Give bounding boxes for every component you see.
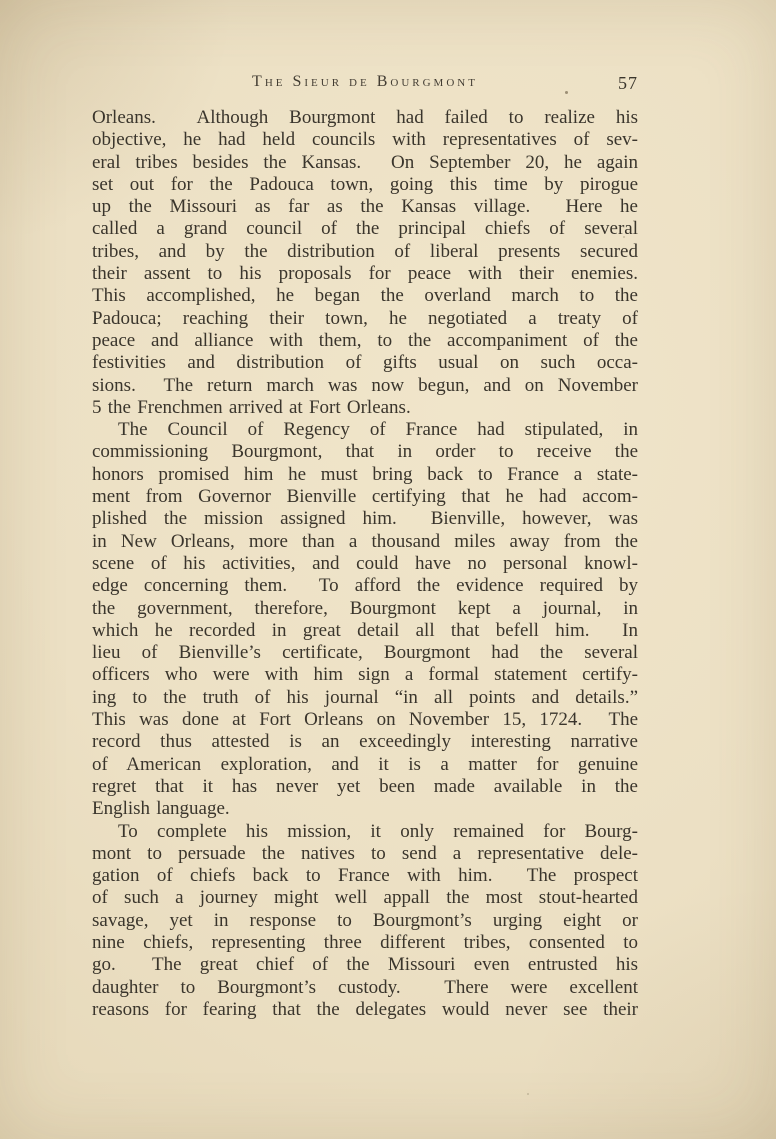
text-line: reasons for fearing that the delegates w… [92, 999, 638, 1021]
text-line: of American exploration, and it is a mat… [92, 754, 638, 776]
text-line: To complete his mission, it only remaine… [92, 821, 638, 843]
text-line: honors promised him he must bring back t… [92, 464, 638, 486]
text-line: regret that it has never yet been made a… [92, 776, 638, 798]
text-line: mont to persuade the natives to send a r… [92, 843, 638, 865]
text-line: the government, therefore, Bourgmont kep… [92, 598, 638, 620]
text-line: objective, he had held councils with rep… [92, 129, 638, 151]
text-line: commissioning Bourgmont, that in order t… [92, 441, 638, 463]
text-line: officers who were with him sign a formal… [92, 664, 638, 686]
text-line: edge concerning them. To afford the evid… [92, 575, 638, 597]
text-line: festivities and distribution of gifts us… [92, 352, 638, 374]
text-line: scene of his activities, and could have … [92, 553, 638, 575]
book-page: The Sieur de Bourgmont 57 Orleans. Altho… [0, 0, 776, 1139]
text-line: The Council of Regency of France had sti… [92, 419, 638, 441]
page-body: Orleans. Although Bourgmont had failed t… [92, 107, 638, 1021]
text-line: ing to the truth of his journal “in all … [92, 687, 638, 709]
text-line: go. The great chief of the Missouri even… [92, 954, 638, 976]
text-line: which he recorded in great detail all th… [92, 620, 638, 642]
text-line: eral tribes besides the Kansas. On Septe… [92, 152, 638, 174]
text-line: in New Orleans, more than a thousand mil… [92, 531, 638, 553]
text-line: gation of chiefs back to France with him… [92, 865, 638, 887]
text-line: tribes, and by the distribution of liber… [92, 241, 638, 263]
text-line: daughter to Bourgmont’s custody. There w… [92, 977, 638, 999]
text-line: lieu of Bienville’s certificate, Bourgmo… [92, 642, 638, 664]
running-title: The Sieur de Bourgmont [92, 73, 638, 91]
text-line: This was done at Fort Orleans on Novembe… [92, 709, 638, 731]
text-line: up the Missouri as far as the Kansas vil… [92, 196, 638, 218]
text-line: called a grand council of the principal … [92, 218, 638, 240]
text-line: Orleans. Although Bourgmont had failed t… [92, 107, 638, 129]
paper-speck [527, 1093, 529, 1095]
text-line: English language. [92, 798, 638, 820]
text-line: record thus attested is an exceedingly i… [92, 731, 638, 753]
text-line: Padouca; reaching their town, he negotia… [92, 308, 638, 330]
text-line: nine chiefs, representing three differen… [92, 932, 638, 954]
text-line: This accomplished, he began the overland… [92, 285, 638, 307]
text-line: savage, yet in response to Bourgmont’s u… [92, 910, 638, 932]
text-line: of such a journey might well appall the … [92, 887, 638, 909]
page-number: 57 [618, 73, 638, 94]
text-line: sions. The return march was now begun, a… [92, 375, 638, 397]
text-line: their assent to his proposals for peace … [92, 263, 638, 285]
page-header: The Sieur de Bourgmont 57 [92, 73, 638, 97]
text-line: peace and alliance with them, to the acc… [92, 330, 638, 352]
text-line: plished the mission assigned him. Bienvi… [92, 508, 638, 530]
text-line: set out for the Padouca town, going this… [92, 174, 638, 196]
text-line: 5 the Frenchmen arrived at Fort Orleans. [92, 397, 638, 419]
text-line: ment from Governor Bienville certifying … [92, 486, 638, 508]
